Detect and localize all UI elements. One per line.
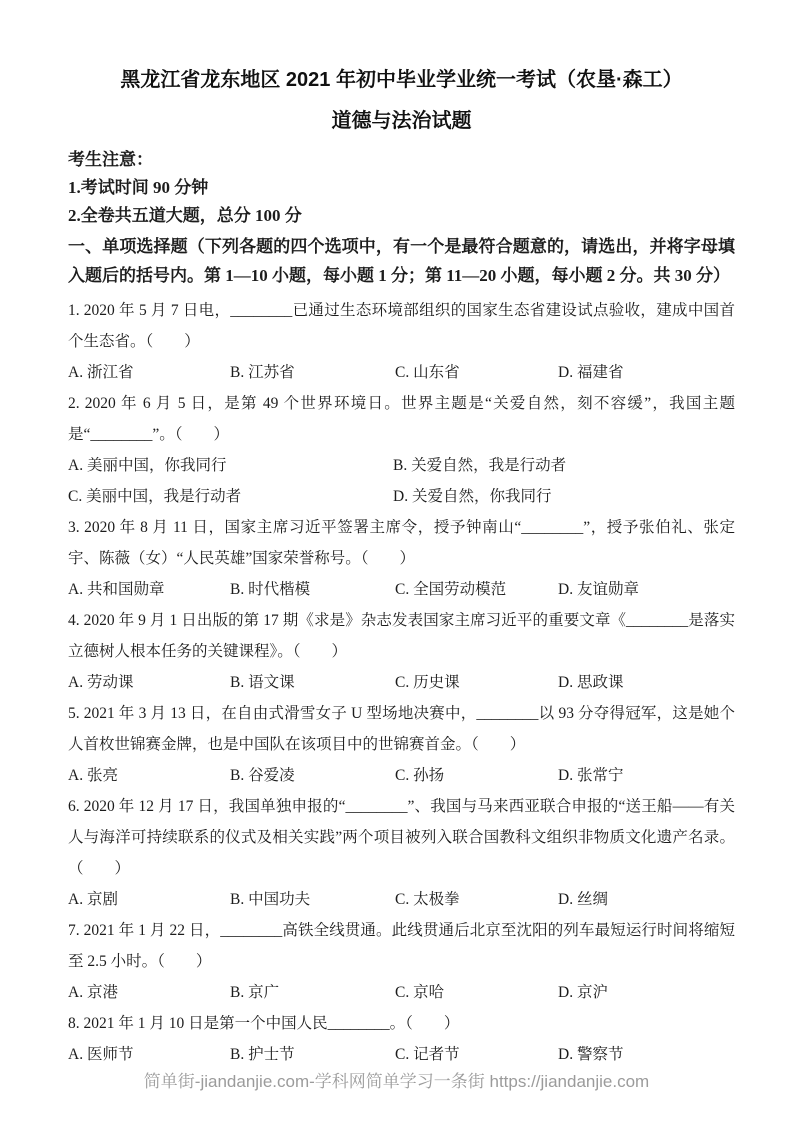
question-1-option-a: A. 浙江省	[68, 357, 230, 388]
question-5-option-b: B. 谷爱凌	[230, 760, 395, 791]
question-7-option-b: B. 京广	[230, 977, 395, 1008]
question-7-option-a: A. 京港	[68, 977, 230, 1008]
question-2-options: A. 美丽中国，你我同行 B. 关爱自然，我是行动者 C. 美丽中国，我是行动者…	[68, 450, 735, 512]
candidate-notices: 考生注意： 1.考试时间 90 分钟 2.全卷共五道大题，总分 100 分	[68, 146, 735, 230]
question-4-option-b: B. 语文课	[230, 667, 395, 698]
question-3-option-c: C. 全国劳动模范	[395, 574, 558, 605]
question-1-option-d: D. 福建省	[558, 357, 735, 388]
page-title: 黑龙江省龙东地区 2021 年初中毕业学业统一考试（农垦·森工）	[68, 62, 735, 98]
question-6-option-a: A. 京剧	[68, 884, 230, 915]
question-3-option-a: A. 共和国勋章	[68, 574, 230, 605]
question-4-option-c: C. 历史课	[395, 667, 558, 698]
question-8-option-d: D. 警察节	[558, 1039, 735, 1070]
question-6-stem: 6. 2020 年 12 月 17 日，我国单独申报的“________”、我国…	[68, 791, 735, 884]
question-8-options: A. 医师节 B. 护士节 C. 记者节 D. 警察节	[68, 1039, 735, 1070]
notice-total-score: 2.全卷共五道大题，总分 100 分	[68, 202, 735, 230]
question-8-option-b: B. 护士节	[230, 1039, 395, 1070]
exam-page: 黑龙江省龙东地区 2021 年初中毕业学业统一考试（农垦·森工） 道德与法治试题…	[0, 0, 793, 1070]
question-6: 6. 2020 年 12 月 17 日，我国单独申报的“________”、我国…	[68, 791, 735, 915]
question-3-options: A. 共和国勋章 B. 时代楷模 C. 全国劳动模范 D. 友谊勋章	[68, 574, 735, 605]
question-2: 2. 2020 年 6 月 5 日，是第 49 个世界环境日。世界主题是“关爱自…	[68, 388, 735, 512]
question-5: 5. 2021 年 3 月 13 日，在自由式滑雪女子 U 型场地决赛中，___…	[68, 698, 735, 791]
watermark-footer: 简单街-jiandanjie.com-学科网简单学习一条街 https://ji…	[0, 1067, 793, 1092]
question-3-option-b: B. 时代楷模	[230, 574, 395, 605]
question-8-option-a: A. 医师节	[68, 1039, 230, 1070]
question-list: 1. 2020 年 5 月 7 日电，________已通过生态环境部组织的国家…	[68, 295, 735, 1070]
question-3-stem: 3. 2020 年 8 月 11 日，国家主席习近平签署主席令，授予钟南山“__…	[68, 512, 735, 574]
question-5-options: A. 张亮 B. 谷爱凌 C. 孙扬 D. 张常宁	[68, 760, 735, 791]
question-3-option-d: D. 友谊勋章	[558, 574, 735, 605]
question-2-option-d: D. 关爱自然，你我同行	[393, 481, 735, 512]
question-4-option-d: D. 思政课	[558, 667, 735, 698]
question-8-stem: 8. 2021 年 1 月 10 日是第一个中国人民________。（ ）	[68, 1008, 735, 1039]
question-2-option-a: A. 美丽中国，你我同行	[68, 450, 393, 481]
question-6-options: A. 京剧 B. 中国功夫 C. 太极拳 D. 丝绸	[68, 884, 735, 915]
question-4-options: A. 劳动课 B. 语文课 C. 历史课 D. 思政课	[68, 667, 735, 698]
question-8: 8. 2021 年 1 月 10 日是第一个中国人民________。（ ） A…	[68, 1008, 735, 1070]
question-4-option-a: A. 劳动课	[68, 667, 230, 698]
question-1: 1. 2020 年 5 月 7 日电，________已通过生态环境部组织的国家…	[68, 295, 735, 388]
question-5-option-a: A. 张亮	[68, 760, 230, 791]
question-2-option-c: C. 美丽中国，我是行动者	[68, 481, 393, 512]
question-4-stem: 4. 2020 年 9 月 1 日出版的第 17 期《求是》杂志发表国家主席习近…	[68, 605, 735, 667]
question-1-stem: 1. 2020 年 5 月 7 日电，________已通过生态环境部组织的国家…	[68, 295, 735, 357]
notice-exam-time: 1.考试时间 90 分钟	[68, 174, 735, 202]
question-5-stem: 5. 2021 年 3 月 13 日，在自由式滑雪女子 U 型场地决赛中，___…	[68, 698, 735, 760]
question-1-option-b: B. 江苏省	[230, 357, 395, 388]
question-7-option-d: D. 京沪	[558, 977, 735, 1008]
question-7-options: A. 京港 B. 京广 C. 京哈 D. 京沪	[68, 977, 735, 1008]
question-6-option-d: D. 丝绸	[558, 884, 735, 915]
page-subtitle: 道德与法治试题	[68, 104, 735, 138]
question-7: 7. 2021 年 1 月 22 日，________高铁全线贯通。此线贯通后北…	[68, 915, 735, 1008]
section-heading-multiple-choice: 一、单项选择题（下列各题的四个选项中，有一个是最符合题意的，请选出，并将字母填入…	[68, 232, 735, 290]
question-5-option-c: C. 孙扬	[395, 760, 558, 791]
question-8-option-c: C. 记者节	[395, 1039, 558, 1070]
question-3: 3. 2020 年 8 月 11 日，国家主席习近平签署主席令，授予钟南山“__…	[68, 512, 735, 605]
question-5-option-d: D. 张常宁	[558, 760, 735, 791]
question-2-stem: 2. 2020 年 6 月 5 日，是第 49 个世界环境日。世界主题是“关爱自…	[68, 388, 735, 450]
notice-header: 考生注意：	[68, 146, 735, 174]
question-7-stem: 7. 2021 年 1 月 22 日，________高铁全线贯通。此线贯通后北…	[68, 915, 735, 977]
question-6-option-c: C. 太极拳	[395, 884, 558, 915]
question-1-options: A. 浙江省 B. 江苏省 C. 山东省 D. 福建省	[68, 357, 735, 388]
question-7-option-c: C. 京哈	[395, 977, 558, 1008]
question-6-option-b: B. 中国功夫	[230, 884, 395, 915]
question-2-option-b: B. 关爱自然，我是行动者	[393, 450, 735, 481]
question-1-option-c: C. 山东省	[395, 357, 558, 388]
question-4: 4. 2020 年 9 月 1 日出版的第 17 期《求是》杂志发表国家主席习近…	[68, 605, 735, 698]
